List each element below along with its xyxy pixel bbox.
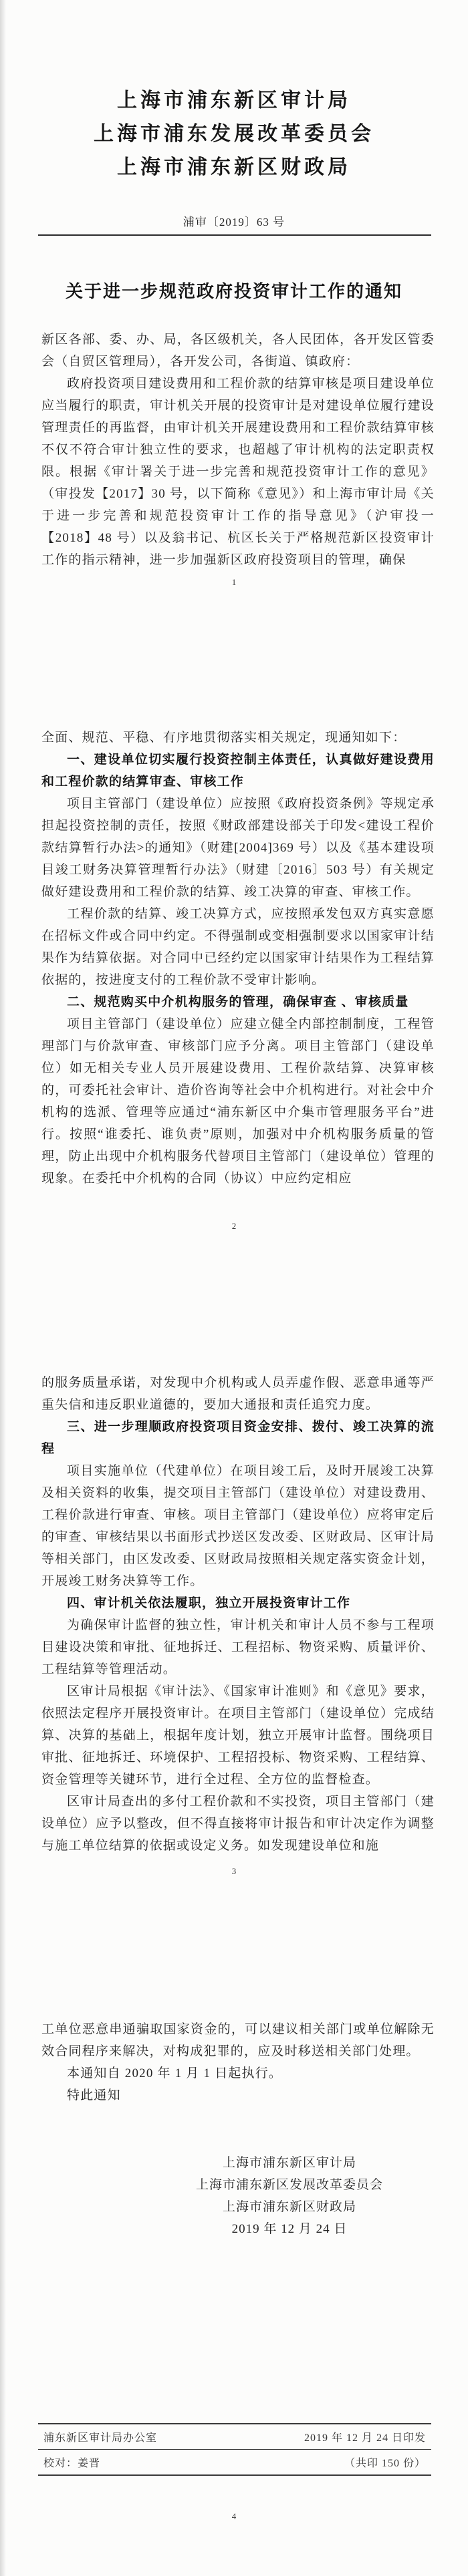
scanned-document: 上海市浦东新区审计局上海市浦东发展改革委员会上海市浦东新区财政局 浦审〔2019… — [0, 0, 468, 2576]
body-paragraph: 为确保审计监督的独立性，审计机关和审计人员不参与工程项目建设决策和审批、征地拆迁… — [41, 1614, 435, 1680]
page-1-body: 新区各部、委、办、局，各区级机关，各人民团体，各开发区管委会（自贸区管理局），各… — [41, 329, 435, 571]
body-paragraph: 项目主管部门（建设单位）应按照《政府投资条例》等规定承担起投资控制的责任，按照《… — [41, 793, 435, 903]
page-number-4: 4 — [0, 2511, 468, 2522]
body-paragraph: 四、审计机关依法履职，独立开展投资审计工作 — [41, 1592, 435, 1614]
scan-edge-shadow — [0, 0, 6, 2576]
footer-print-date: 2019 年 12 月 24 日印发 — [304, 2429, 426, 2444]
footer-proofreader: 校对：姜晋 — [43, 2454, 100, 2470]
signature-date: 2019 年 12 月 24 日 — [111, 2218, 468, 2240]
body-paragraph: 一、建设单位切实履行投资控制主体责任，认真做好建设费用和工程价款的结算审查、审核… — [41, 749, 435, 793]
footer-copies: （共印 150 份） — [344, 2454, 426, 2470]
header-separator-rule — [38, 234, 431, 236]
body-paragraph: 三、进一步理顺政府投资项目资金安排、拨付、竣工决算的流程 — [41, 1416, 435, 1460]
body-paragraph: 工单位恶意串通骗取国家资金的，可以建议相关部门或单位解除无效合同程序来解决，对构… — [41, 2018, 435, 2062]
signature-line: 上海市浦东新区财政局 — [111, 2196, 468, 2218]
body-paragraph: 特此通知 — [41, 2084, 435, 2106]
document-title: 关于进一步规范政府投资审计工作的通知 — [0, 278, 468, 303]
body-paragraph: 项目实施单位（代建单位）在项目竣工后，及时开展竣工决算及相关资料的收集，提交项目… — [41, 1460, 435, 1592]
agency-name: 上海市浦东发展改革委员会 — [0, 118, 468, 151]
body-paragraph: 政府投资项目建设费用和工程价款的结算审核是项目建设单位应当履行的职责，审计机关开… — [41, 373, 435, 571]
signature-line: 上海市浦东新区审计局 — [111, 2152, 468, 2174]
colophon-footer: 浦东新区审计局办公室 2019 年 12 月 24 日印发 校对：姜晋 （共印 … — [38, 2423, 431, 2476]
body-paragraph: 二、规范购买中介机构服务的管理，确保审查 、审核质量 — [41, 991, 435, 1013]
page-number-2: 2 — [0, 1221, 468, 1232]
body-paragraph: 的服务质量承诺，对发现中介机构或人员弄虚作假、恶意串通等严重失信和违反职业道德的… — [41, 1372, 435, 1416]
page-number-3: 3 — [0, 1866, 468, 1877]
page-3-body: 的服务质量承诺，对发现中介机构或人员弄虚作假、恶意串通等严重失信和违反职业道德的… — [41, 1372, 435, 1857]
body-paragraph: 区审计局查出的多付工程价款和不实投资，项目主管部门（建设单位）应予以整改，但不得… — [41, 1791, 435, 1857]
signature-line: 上海市浦东新区发展改革委员会 — [111, 2174, 468, 2196]
agency-name: 上海市浦东新区审计局 — [0, 84, 468, 118]
issuing-agencies-header: 上海市浦东新区审计局上海市浦东发展改革委员会上海市浦东新区财政局 — [0, 84, 468, 184]
body-paragraph: 全面、规范、平稳、有序地贯彻落实相关规定，现通知如下： — [41, 727, 435, 749]
document-number: 浦审〔2019〕63 号 — [0, 212, 468, 229]
body-paragraph: 工程价款的结算、竣工决算方式，应按照承发包双方真实意愿在招标文件或合同中约定。不… — [41, 903, 435, 991]
agency-name: 上海市浦东新区财政局 — [0, 151, 468, 184]
body-paragraph: 项目主管部门（建设单位）应建立健全内部控制制度，工程管理部门与价款审查、审核部门… — [41, 1013, 435, 1189]
page-number-1: 1 — [0, 577, 468, 588]
footer-issuer-office: 浦东新区审计局办公室 — [43, 2429, 157, 2444]
signature-block: 上海市浦东新区审计局上海市浦东新区发展改革委员会上海市浦东新区财政局 2019 … — [111, 2152, 468, 2240]
page-2-body: 全面、规范、平稳、有序地贯彻落实相关规定，现通知如下：一、建设单位切实履行投资控… — [41, 727, 435, 1189]
body-paragraph: 本通知自 2020 年 1 月 1 日起执行。 — [41, 2062, 435, 2084]
body-paragraph: 新区各部、委、办、局，各区级机关，各人民团体，各开发区管委会（自贸区管理局），各… — [41, 329, 435, 373]
body-paragraph: 区审计局根据《审计法》、《国家审计准则》和《意见》要求，依照法定程序开展投资审计… — [41, 1680, 435, 1791]
page-4-body: 工单位恶意串通骗取国家资金的，可以建议相关部门或单位解除无效合同程序来解决，对构… — [41, 2018, 435, 2106]
